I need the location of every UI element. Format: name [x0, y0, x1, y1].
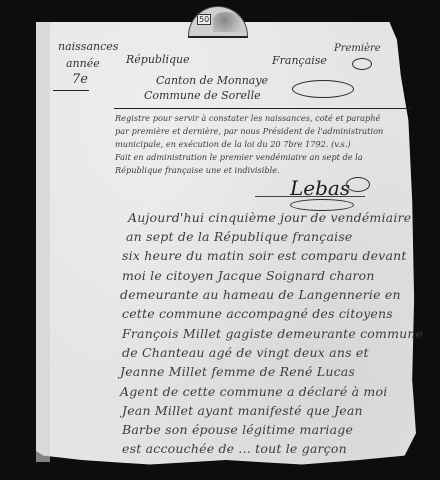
header-canton: Canton de Monnaye — [156, 74, 268, 87]
entry-line: six heure du matin soir est comparu deva… — [122, 248, 407, 263]
entry-line: François Millet gagiste demeurante commu… — [122, 326, 423, 341]
margin-underline — [53, 90, 89, 91]
entry-line: Jeanne Millet femme de René Lucas — [120, 364, 355, 379]
margin-year-number: 7e — [72, 72, 88, 87]
entry-line: an sept de la République française — [126, 229, 353, 244]
preamble-line: par première et dernière, par nous Prési… — [115, 126, 383, 136]
signature-stroke — [255, 196, 365, 197]
commune-flourish-icon — [292, 80, 354, 98]
preamble-line: municipale, en exécution de la loi du 20… — [115, 139, 351, 149]
paraph-flourish-icon — [352, 58, 372, 70]
preamble-line: Registre pour servir à constater les nai… — [115, 113, 380, 123]
entry-line: cette commune accompagné des citoyens — [122, 306, 393, 321]
entry-line: Aujourd'hui cinquième jour de vendémiair… — [128, 210, 411, 225]
header-republic-right: Française — [272, 54, 327, 67]
entry-line: Agent de cette commune a déclaré à moi — [120, 384, 387, 399]
entry-line: est accouchée de ... tout le garçon — [122, 441, 347, 456]
entry-line: Jean Millet ayant manifesté que Jean — [122, 403, 363, 418]
margin-year-label: année — [66, 57, 100, 70]
page-edge-shadow — [36, 22, 50, 462]
entry-line: moi le citoyen Jacque Soignard charon — [122, 268, 375, 283]
stamp-emblem-icon — [213, 12, 241, 32]
page-label: Première — [334, 43, 381, 54]
tax-stamp: 50 — [188, 6, 248, 38]
header-rule — [114, 108, 412, 109]
preamble-line: Fait en administration le premier vendém… — [115, 152, 363, 162]
header-commune: Commune de Sorelle — [144, 89, 261, 102]
header-republic-left: République — [126, 53, 190, 66]
entry-line: Barbe son épouse légitime mariage — [122, 422, 353, 437]
stamp-value: 50 — [197, 14, 211, 25]
margin-title: naissances — [58, 40, 118, 53]
preamble-line: République française une et indivisible. — [115, 165, 280, 175]
entry-line: de Chanteau agé de vingt deux ans et — [122, 345, 369, 360]
signature-paraph-icon — [346, 177, 370, 192]
entry-line: demeurante au hameau de Langennerie en — [120, 287, 401, 302]
